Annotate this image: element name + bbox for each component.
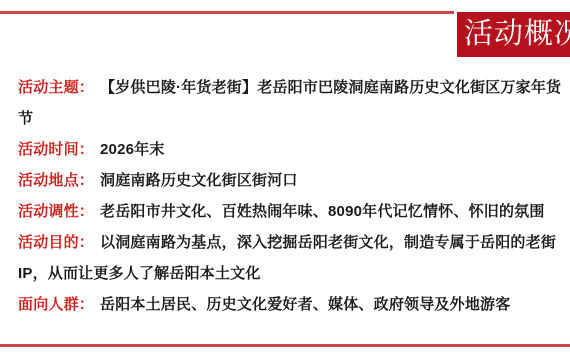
slide-canvas: 活动概况 活动主题：【岁供巴陵·年货老街】老岳阳市巴陵洞庭南路历史文化街区万家年… <box>0 0 570 360</box>
row-location-value: 洞庭南路历史文化街区街河口 <box>100 172 298 189</box>
row-location-label: 活动地点： <box>18 172 94 189</box>
row-time-label: 活动时间： <box>18 141 94 158</box>
row-audience-label: 面向人群： <box>18 296 94 313</box>
row-tone-value: 老岳阳市井文化、百姓热闹年味、8090年代记忆情怀、怀旧的氛围 <box>100 203 545 220</box>
row-tone: 活动调性：老岳阳市井文化、百姓热闹年味、8090年代记忆情怀、怀旧的氛围 <box>18 196 562 227</box>
bottom-divider-line <box>0 344 570 347</box>
row-theme: 活动主题：【岁供巴陵·年货老街】老岳阳市巴陵洞庭南路历史文化街区万家年货节 <box>18 72 562 134</box>
row-purpose-label: 活动目的： <box>18 234 94 251</box>
row-location: 活动地点：洞庭南路历史文化街区街河口 <box>18 165 562 196</box>
top-divider-line <box>0 11 454 14</box>
row-time-value: 2026年末 <box>100 141 165 158</box>
row-time: 活动时间：2026年末 <box>18 134 562 165</box>
row-theme-value: 【岁供巴陵·年货老街】老岳阳市巴陵洞庭南路历史文化街区万家年货节 <box>18 79 561 127</box>
row-purpose-value: 以洞庭南路为基点，深入挖掘岳阳老街文化，制造专属于岳阳的老街IP，从而让更多人了… <box>18 234 556 282</box>
slide-title-banner: 活动概况 <box>457 12 570 57</box>
row-audience: 面向人群：岳阳本土居民、历史文化爱好者、媒体、政府领导及外地游客 <box>18 289 562 320</box>
row-audience-value: 岳阳本土居民、历史文化爱好者、媒体、政府领导及外地游客 <box>100 296 510 313</box>
row-purpose: 活动目的：以洞庭南路为基点，深入挖掘岳阳老街文化，制造专属于岳阳的老街IP，从而… <box>18 227 562 289</box>
overview-list: 活动主题：【岁供巴陵·年货老街】老岳阳市巴陵洞庭南路历史文化街区万家年货节 活动… <box>18 72 562 320</box>
row-tone-label: 活动调性： <box>18 203 94 220</box>
row-theme-label: 活动主题： <box>18 79 94 96</box>
